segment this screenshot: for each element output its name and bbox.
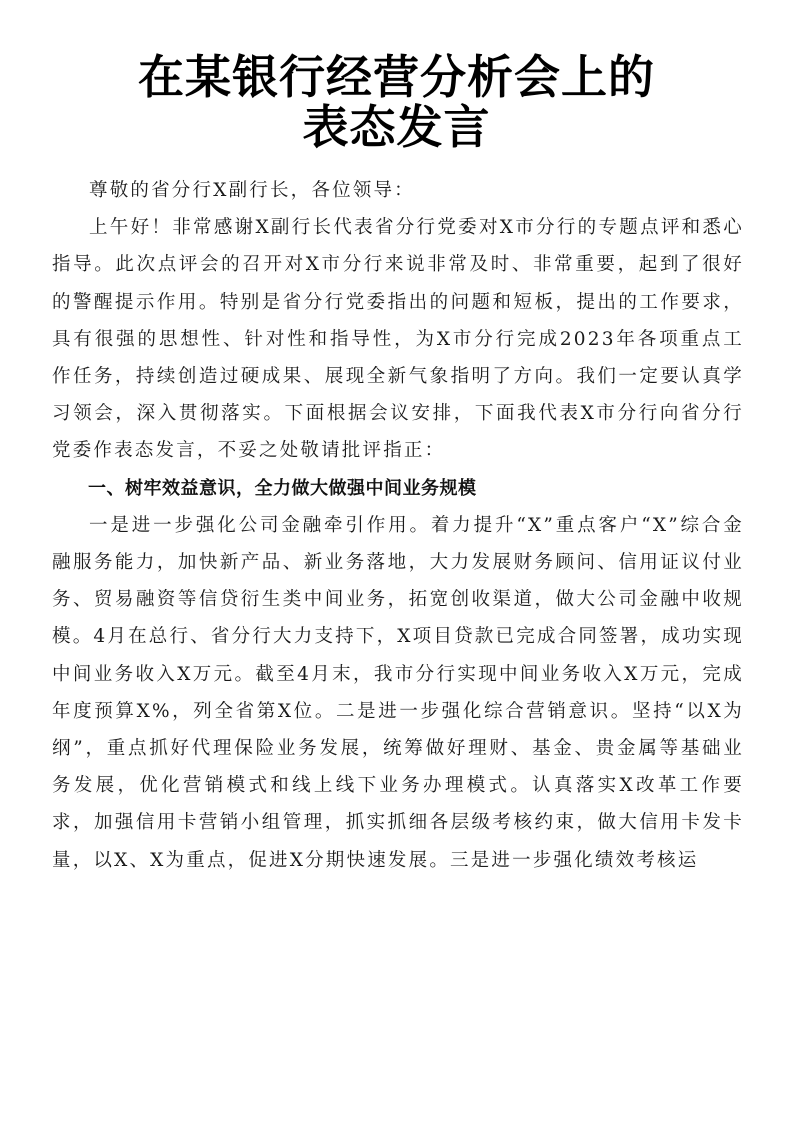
document-title-line-1: 在某银行经营分析会上的 (0, 52, 793, 102)
document-page: 在某银行经营分析会上的 表态发言 尊敬的省分行X副行长，各位领导： 上午好！非常… (0, 0, 793, 1122)
section-body-paragraph: 一是进一步强化公司金融牵引作用。着力提升“X”重点客户“X”综合金融服务能力，加… (52, 507, 744, 879)
salutation: 尊敬的省分行X副行长，各位领导： (52, 172, 744, 209)
section-heading: 一、树牢效益意识，全力做大做强中间业务规模 (52, 470, 744, 507)
opening-paragraph: 上午好！非常感谢X副行长代表省分行党委对X市分行的专题点评和悉心指导。此次点评会… (52, 209, 744, 469)
document-body: 尊敬的省分行X副行长，各位领导： 上午好！非常感谢X副行长代表省分行党委对X市分… (52, 172, 744, 879)
document-title-line-2: 表态发言 (0, 102, 793, 152)
